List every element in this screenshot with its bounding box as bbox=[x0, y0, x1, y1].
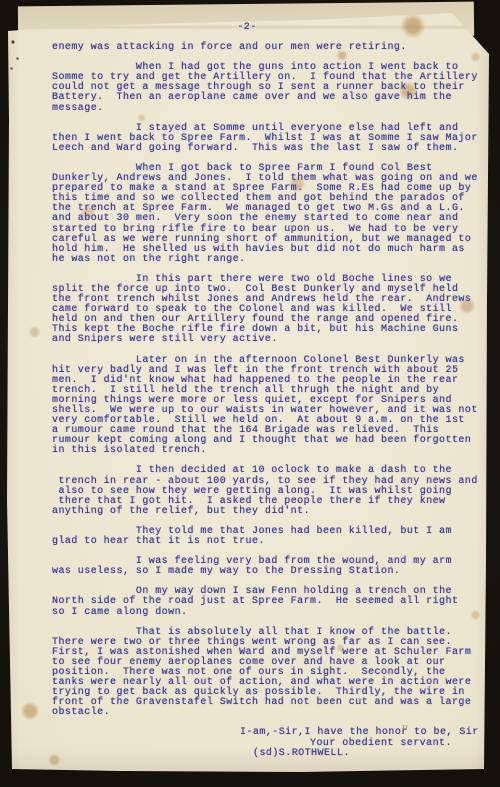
paragraph: In this part there were two old Boche li… bbox=[52, 275, 482, 346]
typewritten-letter-body: -2- enemy was attacking in force and our… bbox=[52, 23, 482, 759]
paragraph: enemy was attacking in force and our men… bbox=[52, 43, 482, 53]
scan-background: -2- enemy was attacking in force and our… bbox=[0, 0, 500, 787]
paragraph: On my way down I saw Fenn holding a tren… bbox=[52, 587, 482, 617]
pencil-annotation: u bbox=[402, 723, 408, 733]
paragraph: When I had got the guns into action I we… bbox=[52, 63, 482, 113]
paragraph: Later on in the afternoon Colonel Best D… bbox=[52, 356, 482, 457]
paragraph: When I got back to Spree Farm I found Co… bbox=[52, 164, 482, 265]
paragraph: I then decided at 10 oclock to make a da… bbox=[52, 466, 482, 516]
document-page: -2- enemy was attacking in force and our… bbox=[0, 0, 500, 787]
paragraph: They told me that Jones had been killed,… bbox=[52, 527, 482, 547]
paragraph: I stayed at Somme until everyone else ha… bbox=[52, 124, 482, 154]
signature: (sd)S.ROTHWELL. bbox=[253, 749, 482, 759]
paragraph: I was feeling very bad from the wound, a… bbox=[52, 557, 482, 577]
paragraph: That is absolutely all that I know of th… bbox=[52, 628, 482, 719]
